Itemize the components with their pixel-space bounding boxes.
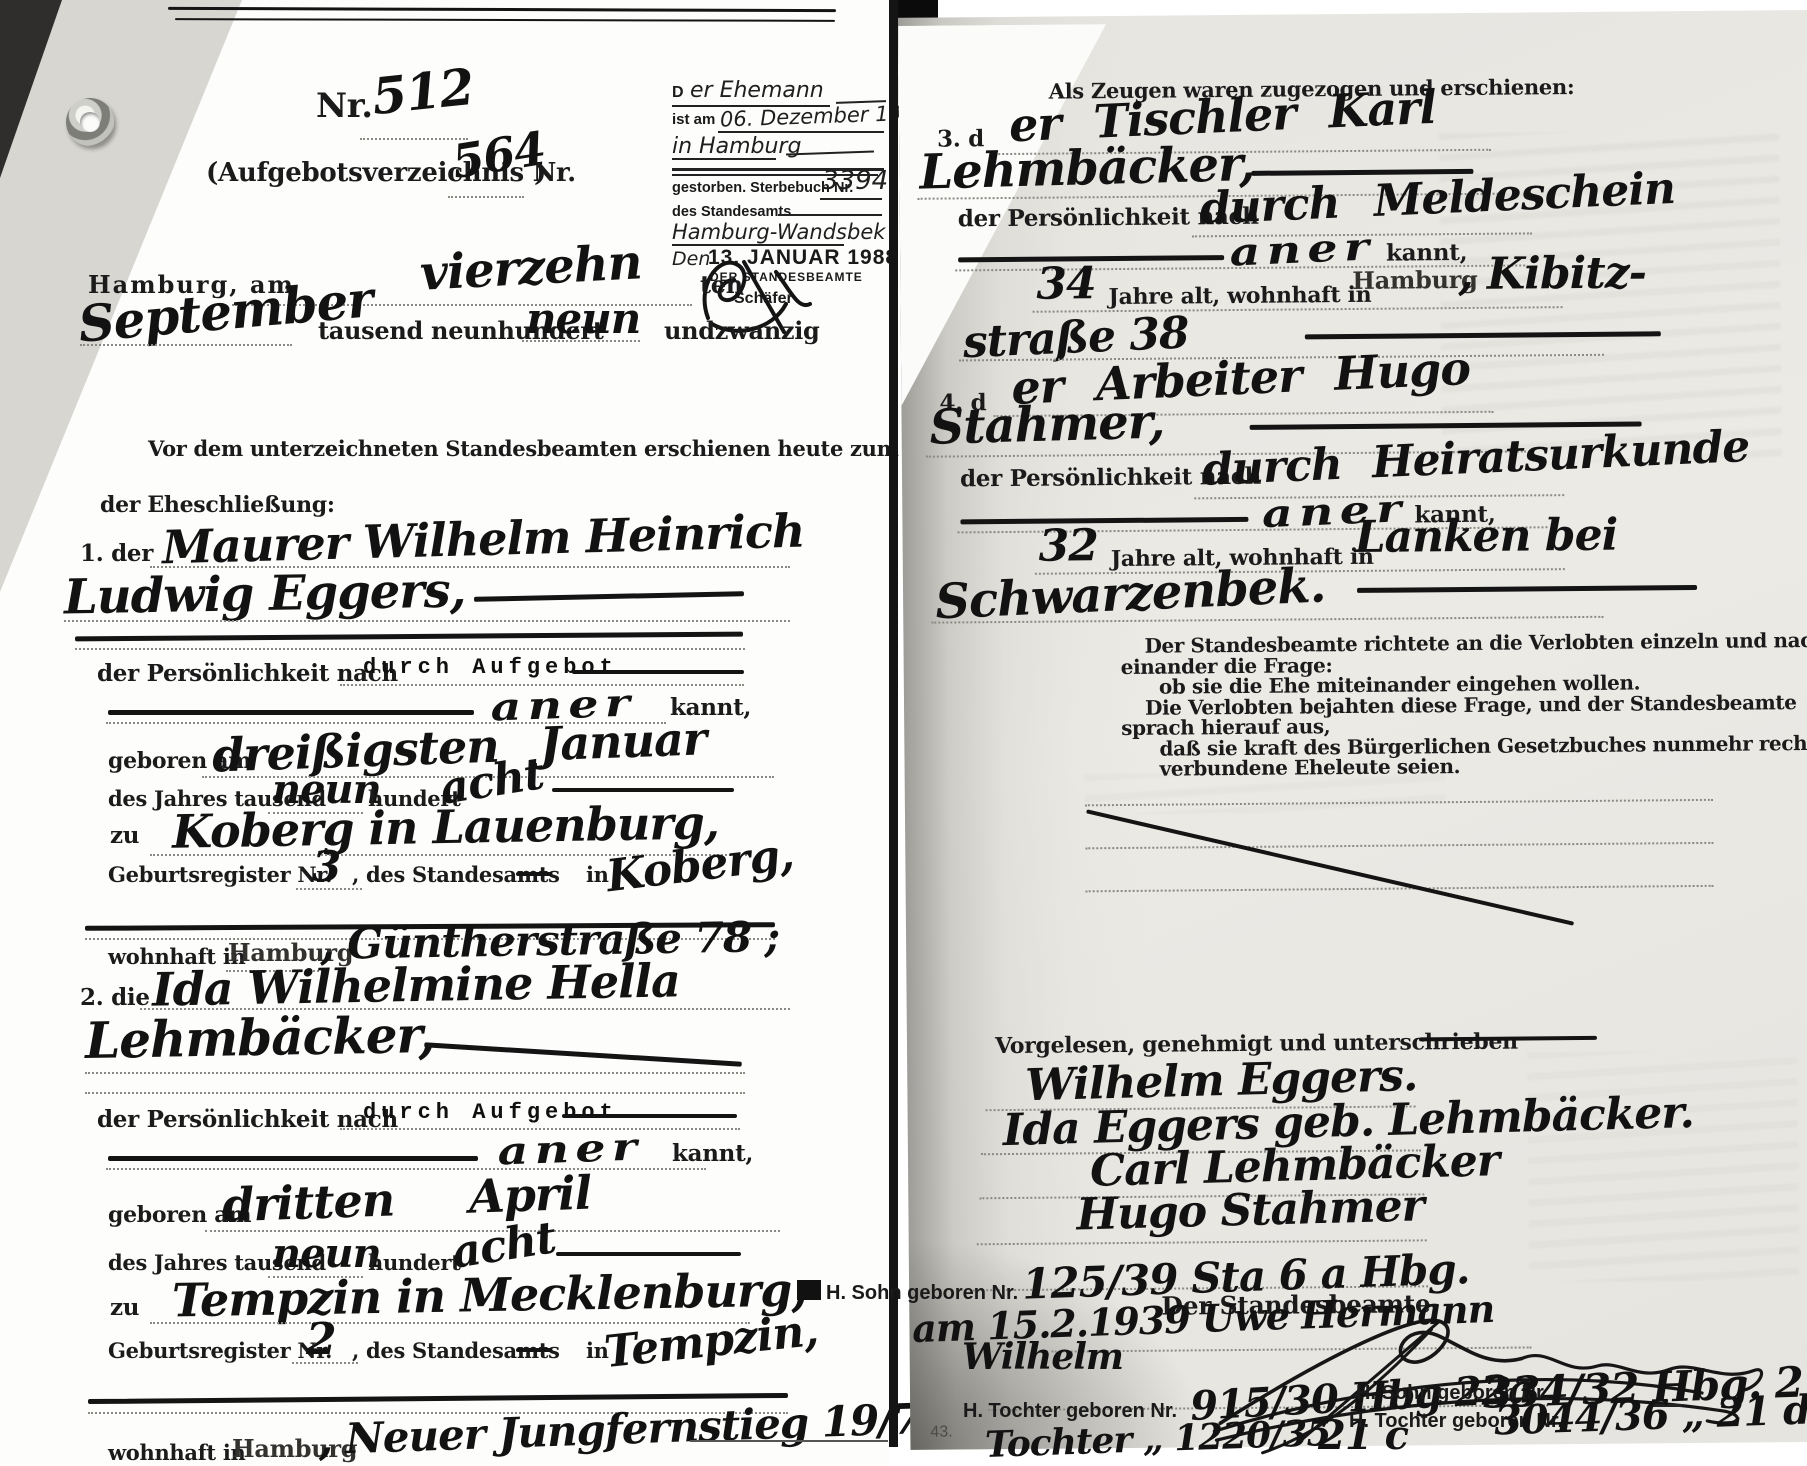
record-number-label: Nr. xyxy=(316,86,373,126)
zu-label: zu xyxy=(110,1294,139,1321)
bride-identified-stamp: durch Aufgebot xyxy=(363,1100,618,1125)
sohn-geboren-name-hw: Wilhelm xyxy=(962,1336,1123,1378)
dotted-line xyxy=(64,620,790,622)
aufgebot-close-paren: ) xyxy=(534,158,546,188)
dotted-line xyxy=(85,1072,745,1074)
ink-line xyxy=(1357,585,1697,593)
groom-identified-stamp: durch Aufgebot xyxy=(363,655,618,680)
stamp-line xyxy=(820,198,882,200)
ink-line xyxy=(516,1348,552,1352)
signature-witness4: Hugo Stahmer xyxy=(1076,1180,1425,1240)
stamp-d-label: D xyxy=(672,84,684,102)
stamp-line xyxy=(718,131,884,133)
declaration-line: daß sie kraft des Bürgerlichen Gesetzbuc… xyxy=(1159,732,1807,759)
left-page: Nr. 512 (Aufgebotsverzeichnis Nr. 564 ) … xyxy=(0,0,889,1466)
ink-line xyxy=(960,517,1248,525)
record-number-value: 512 xyxy=(369,57,476,126)
ink-line xyxy=(552,788,734,792)
wohnhaft-label: wohnhaft in xyxy=(108,1440,246,1465)
ink-line xyxy=(556,1252,741,1256)
stamp-sterbebuch-nr-hw: 3394 xyxy=(822,166,888,196)
dotted-line xyxy=(1086,885,1714,892)
declaration-paragraph: Der Standesbeamte richtete an die Verlob… xyxy=(1120,629,1807,779)
witness3-age-hw: 34 xyxy=(1036,258,1096,310)
stamp-istam-label: ist am xyxy=(672,111,715,128)
top-rule-line xyxy=(175,18,835,22)
ink-line xyxy=(424,1042,742,1066)
bride-street-hw: , Neuer Jungfernstieg 19/74. xyxy=(317,1393,963,1464)
jahre-alt-label: Jahre alt, wohnhaft in xyxy=(1108,282,1371,310)
witness3-street1-hw: , Kibitz- xyxy=(1458,247,1646,300)
top-rule-line xyxy=(168,7,836,12)
ink-line xyxy=(108,710,474,715)
scanned-marriage-record: Nr. 512 (Aufgebotsverzeichnis Nr. 564 ) … xyxy=(0,0,1807,1466)
stamp-line xyxy=(672,158,776,160)
stamp-in-hamburg-hw: in Hamburg xyxy=(672,134,801,159)
groom-number: 1. der xyxy=(80,540,153,567)
declaration-line: Der Standesbeamte richtete an die Verlob… xyxy=(1144,629,1807,656)
page-bottom-edge xyxy=(690,1440,888,1442)
dotted-line xyxy=(75,648,745,650)
date-year-suffix: undzwanzig xyxy=(664,316,820,345)
date-year-hw: neun xyxy=(526,294,640,343)
intro-line: Vor dem unterzeichneten Standesbeamten e… xyxy=(148,436,991,461)
bride-register-nr-hw: 2 xyxy=(306,1314,336,1365)
witness4-name-line2: Stahmer, xyxy=(929,394,1165,456)
grommet-eyelet-icon xyxy=(66,98,114,146)
stamp-standesamt-label: des Standesamts xyxy=(672,204,791,220)
stamp-line xyxy=(778,214,882,216)
geburtsregister-label: Geburtsregister Nr. xyxy=(108,862,332,887)
ink-line xyxy=(474,591,744,602)
geburtsregister-label: Geburtsregister Nr. xyxy=(108,1338,332,1363)
ink-line xyxy=(516,872,552,876)
ink-line xyxy=(1419,1036,1597,1042)
bleedthrough-smudge xyxy=(1527,1050,1799,1282)
ink-line xyxy=(572,670,744,674)
bride-number: 2. die xyxy=(80,984,150,1011)
dotted-line xyxy=(292,1362,358,1364)
dotted-line xyxy=(85,1092,745,1094)
zu-label: zu xyxy=(110,822,139,849)
sohn-geboren-stamp: H. Sohn geboren Nr. xyxy=(826,1282,1018,1305)
dotted-line xyxy=(1085,799,1713,806)
dotted-line xyxy=(977,1239,1427,1245)
stamp-ehemann-hw: er Ehemann xyxy=(690,78,824,103)
strikethrough-line xyxy=(1086,809,1574,925)
dotted-line xyxy=(448,196,524,198)
date-day-hw: vierzehn xyxy=(419,234,643,302)
witness4-identified-hw: durch Heiratsurkunde xyxy=(1201,421,1750,496)
stamp-ink-blob xyxy=(797,1280,821,1300)
kannt-label: kannt, xyxy=(1386,239,1467,267)
stamp-wandsbek-hw: Hamburg-Wandsbek xyxy=(672,220,885,244)
groom-name-line2: Ludwig Eggers, xyxy=(64,563,466,626)
persoenlichkeit-label: der Persönlichkeit nach xyxy=(97,660,398,687)
bride-name-line2: Lehmbäcker, xyxy=(85,1005,436,1070)
witness4-residence1-hw: Lanken bei xyxy=(1354,510,1617,563)
declaration-line: Die Verlobten bejahten diese Frage, und … xyxy=(1145,691,1807,718)
kannt-label: kannt, xyxy=(672,1140,753,1167)
ink-line xyxy=(1305,331,1661,339)
page-number: 43. xyxy=(930,1424,952,1442)
witness4-age-hw: 32 xyxy=(1038,520,1098,572)
dotted-line xyxy=(106,1168,706,1170)
ink-line xyxy=(562,1114,737,1118)
date-day-suffix: ten xyxy=(700,270,743,299)
dotted-line xyxy=(1085,842,1713,849)
right-page: Als Zeugen waren zugezogen und erschiene… xyxy=(898,10,1807,1450)
page-gutter-shadow xyxy=(889,0,898,1447)
ink-line xyxy=(108,1156,478,1161)
intro-line2: der Eheschließung: xyxy=(100,492,335,518)
dotted-line xyxy=(522,340,640,342)
ink-line xyxy=(75,632,743,642)
dotted-line xyxy=(80,344,292,346)
dotted-line xyxy=(296,888,362,890)
groom-register-nr-hw: 3 xyxy=(312,842,340,891)
